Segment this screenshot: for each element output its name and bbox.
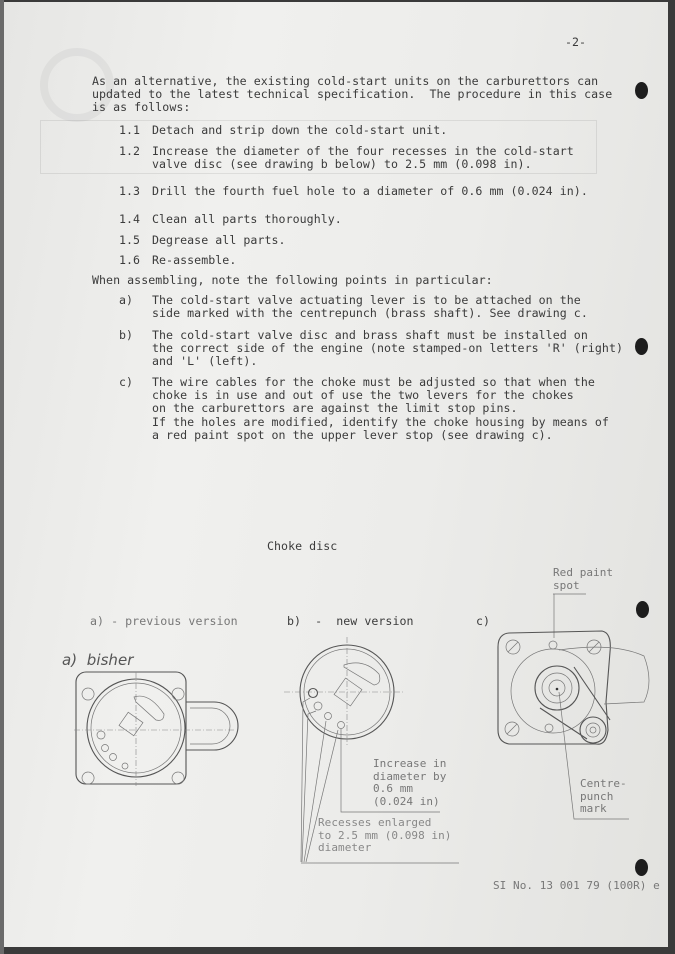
annotation-line: spot <box>553 580 613 593</box>
annotation-red-paint-spot: Red paintspot <box>553 567 613 592</box>
step-text: valve disc (see drawing b below) to 2.5 … <box>152 158 532 171</box>
point-text: on the carburettors are against the limi… <box>152 402 518 415</box>
point-label: c) <box>119 376 133 389</box>
step-text: Clean all parts thoroughly. <box>152 213 342 226</box>
point-label: a) <box>119 294 133 307</box>
step-text: Drill the fourth fuel hole to a diameter… <box>152 185 588 198</box>
point-text: a red paint spot on the upper lever stop… <box>152 429 553 442</box>
footer-reference: SI No. 13 001 79 (100R) e <box>493 879 660 892</box>
step-number: 1.2 <box>119 145 140 158</box>
point-text: and 'L' (left). <box>152 355 257 368</box>
document-page: -2- When assembling, note the following … <box>4 2 668 947</box>
point-label: b) <box>119 329 133 342</box>
step-text: Re-assemble. <box>152 254 236 267</box>
step-number: 1.5 <box>119 234 140 247</box>
step-text: Degrease all parts. <box>152 234 286 247</box>
step-text: Detach and strip down the cold-start uni… <box>152 124 447 137</box>
annotation-centre-punch-mark: Centre-punchmark <box>580 778 627 816</box>
annotation-line: mark <box>580 803 627 816</box>
annotation-line: Centre- <box>580 778 627 791</box>
intro-line: is as follows: <box>92 101 190 114</box>
step-number: 1.6 <box>119 254 140 267</box>
step-number: 1.3 <box>119 185 140 198</box>
annotation-line: Red paint <box>553 567 613 580</box>
step-number: 1.4 <box>119 213 140 226</box>
step-number: 1.1 <box>119 124 140 137</box>
point-text: side marked with the centrepunch (brass … <box>152 307 588 320</box>
